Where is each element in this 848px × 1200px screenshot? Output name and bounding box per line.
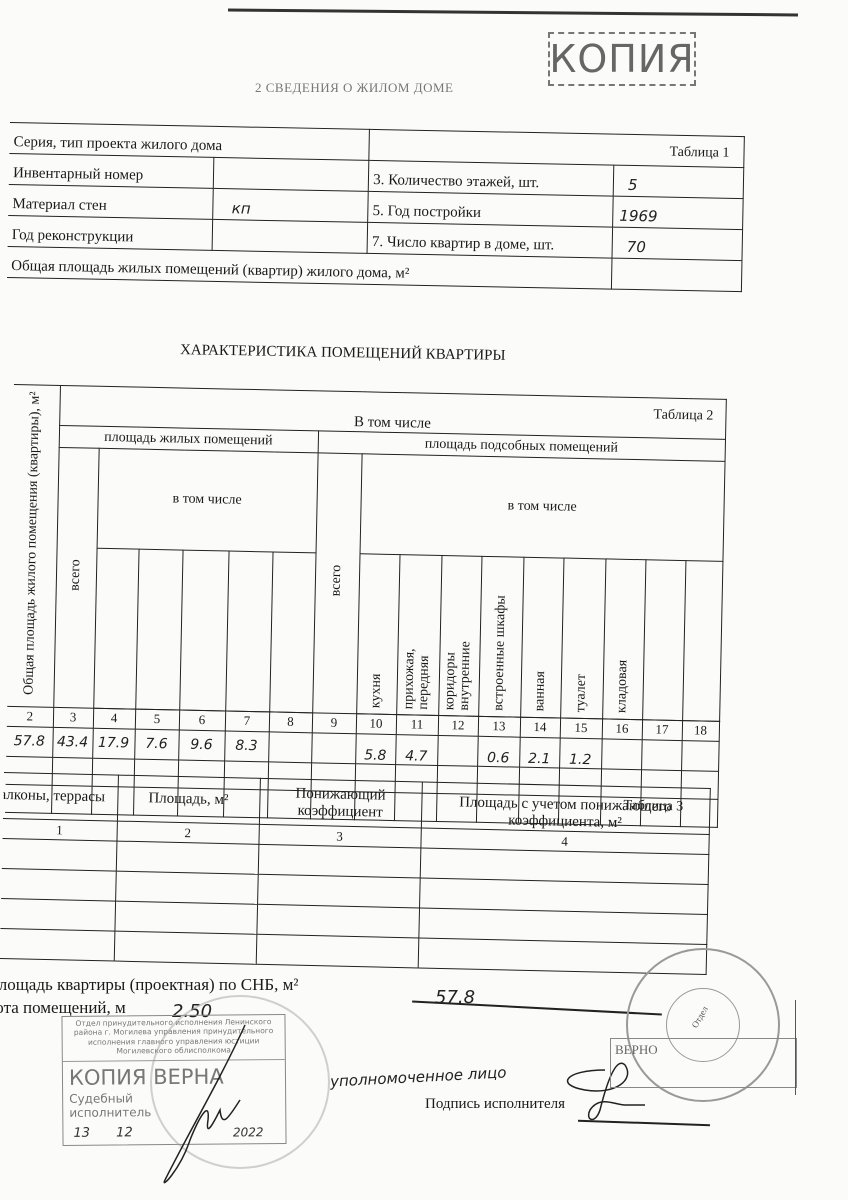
copy-stamp: КОПИЯ — [548, 32, 696, 86]
column-number: 8 — [269, 711, 312, 732]
cell-value — [601, 738, 642, 769]
stamp-role: Судебный исполнитель — [63, 1089, 155, 1123]
handwritten-note: уполномоченное лицо — [330, 1063, 507, 1090]
verno-stamp: ВЕРНО — [610, 1038, 797, 1088]
table1-label: Таблица 1 — [669, 145, 729, 162]
year-built-value: 1969 — [613, 196, 744, 229]
column-number: 14 — [520, 717, 560, 738]
table-2: Таблица 2 Общая площадь жилого помещения… — [5, 384, 727, 827]
inventory-label: Инвентарный номер — [9, 153, 214, 188]
column-number: 6 — [179, 710, 225, 731]
column-number: 3 — [53, 707, 93, 728]
cell-value: 8.3 — [224, 731, 269, 762]
column-number: 16 — [602, 718, 642, 739]
total-house-area-value — [611, 258, 742, 291]
cell-value: 2.1 — [519, 737, 560, 768]
scan-edge-line — [228, 9, 798, 17]
cell-value: 43.4 — [52, 727, 93, 758]
cell-value: 17.9 — [92, 728, 135, 759]
cell-value: 5.8 — [355, 733, 396, 764]
cell-value: 4.7 — [395, 734, 438, 765]
col-bathroom: ванная — [520, 557, 563, 718]
column-number: 13 — [478, 716, 520, 737]
cell-value: 57.8 — [6, 726, 53, 757]
cell-value — [268, 731, 312, 762]
signature-left — [150, 1020, 260, 1190]
col-toilet: туалет — [560, 558, 605, 719]
aux-sub-header: в том числе — [360, 454, 725, 561]
inventory-value — [214, 157, 369, 191]
col-closets: встроенные шкафы — [478, 556, 523, 717]
table2-label: Таблица 2 — [653, 407, 713, 424]
cell-value — [437, 735, 478, 766]
col-hallway: прихожая, передняя — [396, 554, 441, 715]
walls-value: кп — [213, 188, 368, 222]
reconstruction-label: Год реконструкции — [8, 215, 213, 250]
column-number: 15 — [560, 718, 602, 739]
table-1: Таблица 1 Серия, тип проекта жилого дома… — [7, 122, 745, 292]
cell-value: 1.2 — [559, 738, 602, 769]
living-sub-header: в том числе — [97, 448, 318, 552]
column-number: 4 — [93, 708, 135, 729]
col-storage: кладовая — [602, 559, 645, 720]
table-3: Таблица 3 Лоджии, балконы, террасы Площа… — [0, 772, 710, 975]
column-number: 17 — [642, 719, 682, 740]
cell-value: 9.6 — [178, 730, 225, 761]
column-number: 5 — [135, 709, 179, 730]
column-number: 18 — [682, 720, 720, 741]
document-page: КОПИЯ 2 СВЕДЕНИЯ О ЖИЛОМ ДОМЕ Таблица 1 … — [0, 0, 848, 1200]
column-number: 11 — [396, 714, 438, 735]
reconstruction-value — [212, 219, 367, 253]
floors-value: 5 — [613, 165, 744, 198]
area-header: Площадь, м² — [117, 775, 260, 824]
apartments-label: 7. Число квартир в доме, шт. — [367, 222, 612, 258]
loggia-header: Лоджии, балконы, террасы — [3, 772, 118, 821]
year-built-label: 5. Год постройки — [368, 191, 613, 227]
column-number: 7 — [225, 711, 269, 732]
coef-header: Понижающий коэффициент — [259, 778, 422, 828]
section3-title: ХАРАКТЕРИСТИКА ПОМЕЩЕНИЙ КВАРТИРЫ — [180, 342, 506, 365]
column-number: 12 — [438, 715, 478, 736]
living-total-header: всего — [53, 447, 98, 707]
col-corridors: коридоры внутренние — [438, 555, 481, 716]
cell-value: 0.6 — [477, 736, 520, 767]
aux-total-header: всего — [312, 453, 361, 713]
col-kitchen: кухня — [356, 553, 399, 714]
cell-value: 7.6 — [134, 729, 179, 760]
column-number: 2 — [7, 706, 53, 727]
cell-value — [311, 732, 356, 763]
column-number: 1 — [2, 818, 116, 841]
apartments-value: 70 — [612, 227, 743, 260]
cell-value — [641, 739, 682, 770]
total-apt-area-label: Общая площадь квартиры (проектная) по СН… — [0, 975, 299, 995]
floors-label: 3. Количество этажей, шт. — [368, 160, 613, 196]
stamp-month: 12 — [116, 1125, 133, 1140]
total-area-header: Общая площадь жилого помещения (квартиры… — [7, 384, 60, 706]
section2-title: 2 СВЕДЕНИЯ О ЖИЛОМ ДОМЕ — [255, 80, 453, 96]
column-number: 10 — [356, 713, 396, 734]
walls-label: Материал стен — [8, 184, 213, 219]
table3-label: Таблица 3 — [623, 798, 683, 815]
stamp-day: 13 — [73, 1126, 90, 1141]
column-number: 9 — [312, 712, 356, 733]
signature-label: Подпись исполнителя — [425, 1096, 565, 1113]
cell-value — [681, 740, 719, 771]
